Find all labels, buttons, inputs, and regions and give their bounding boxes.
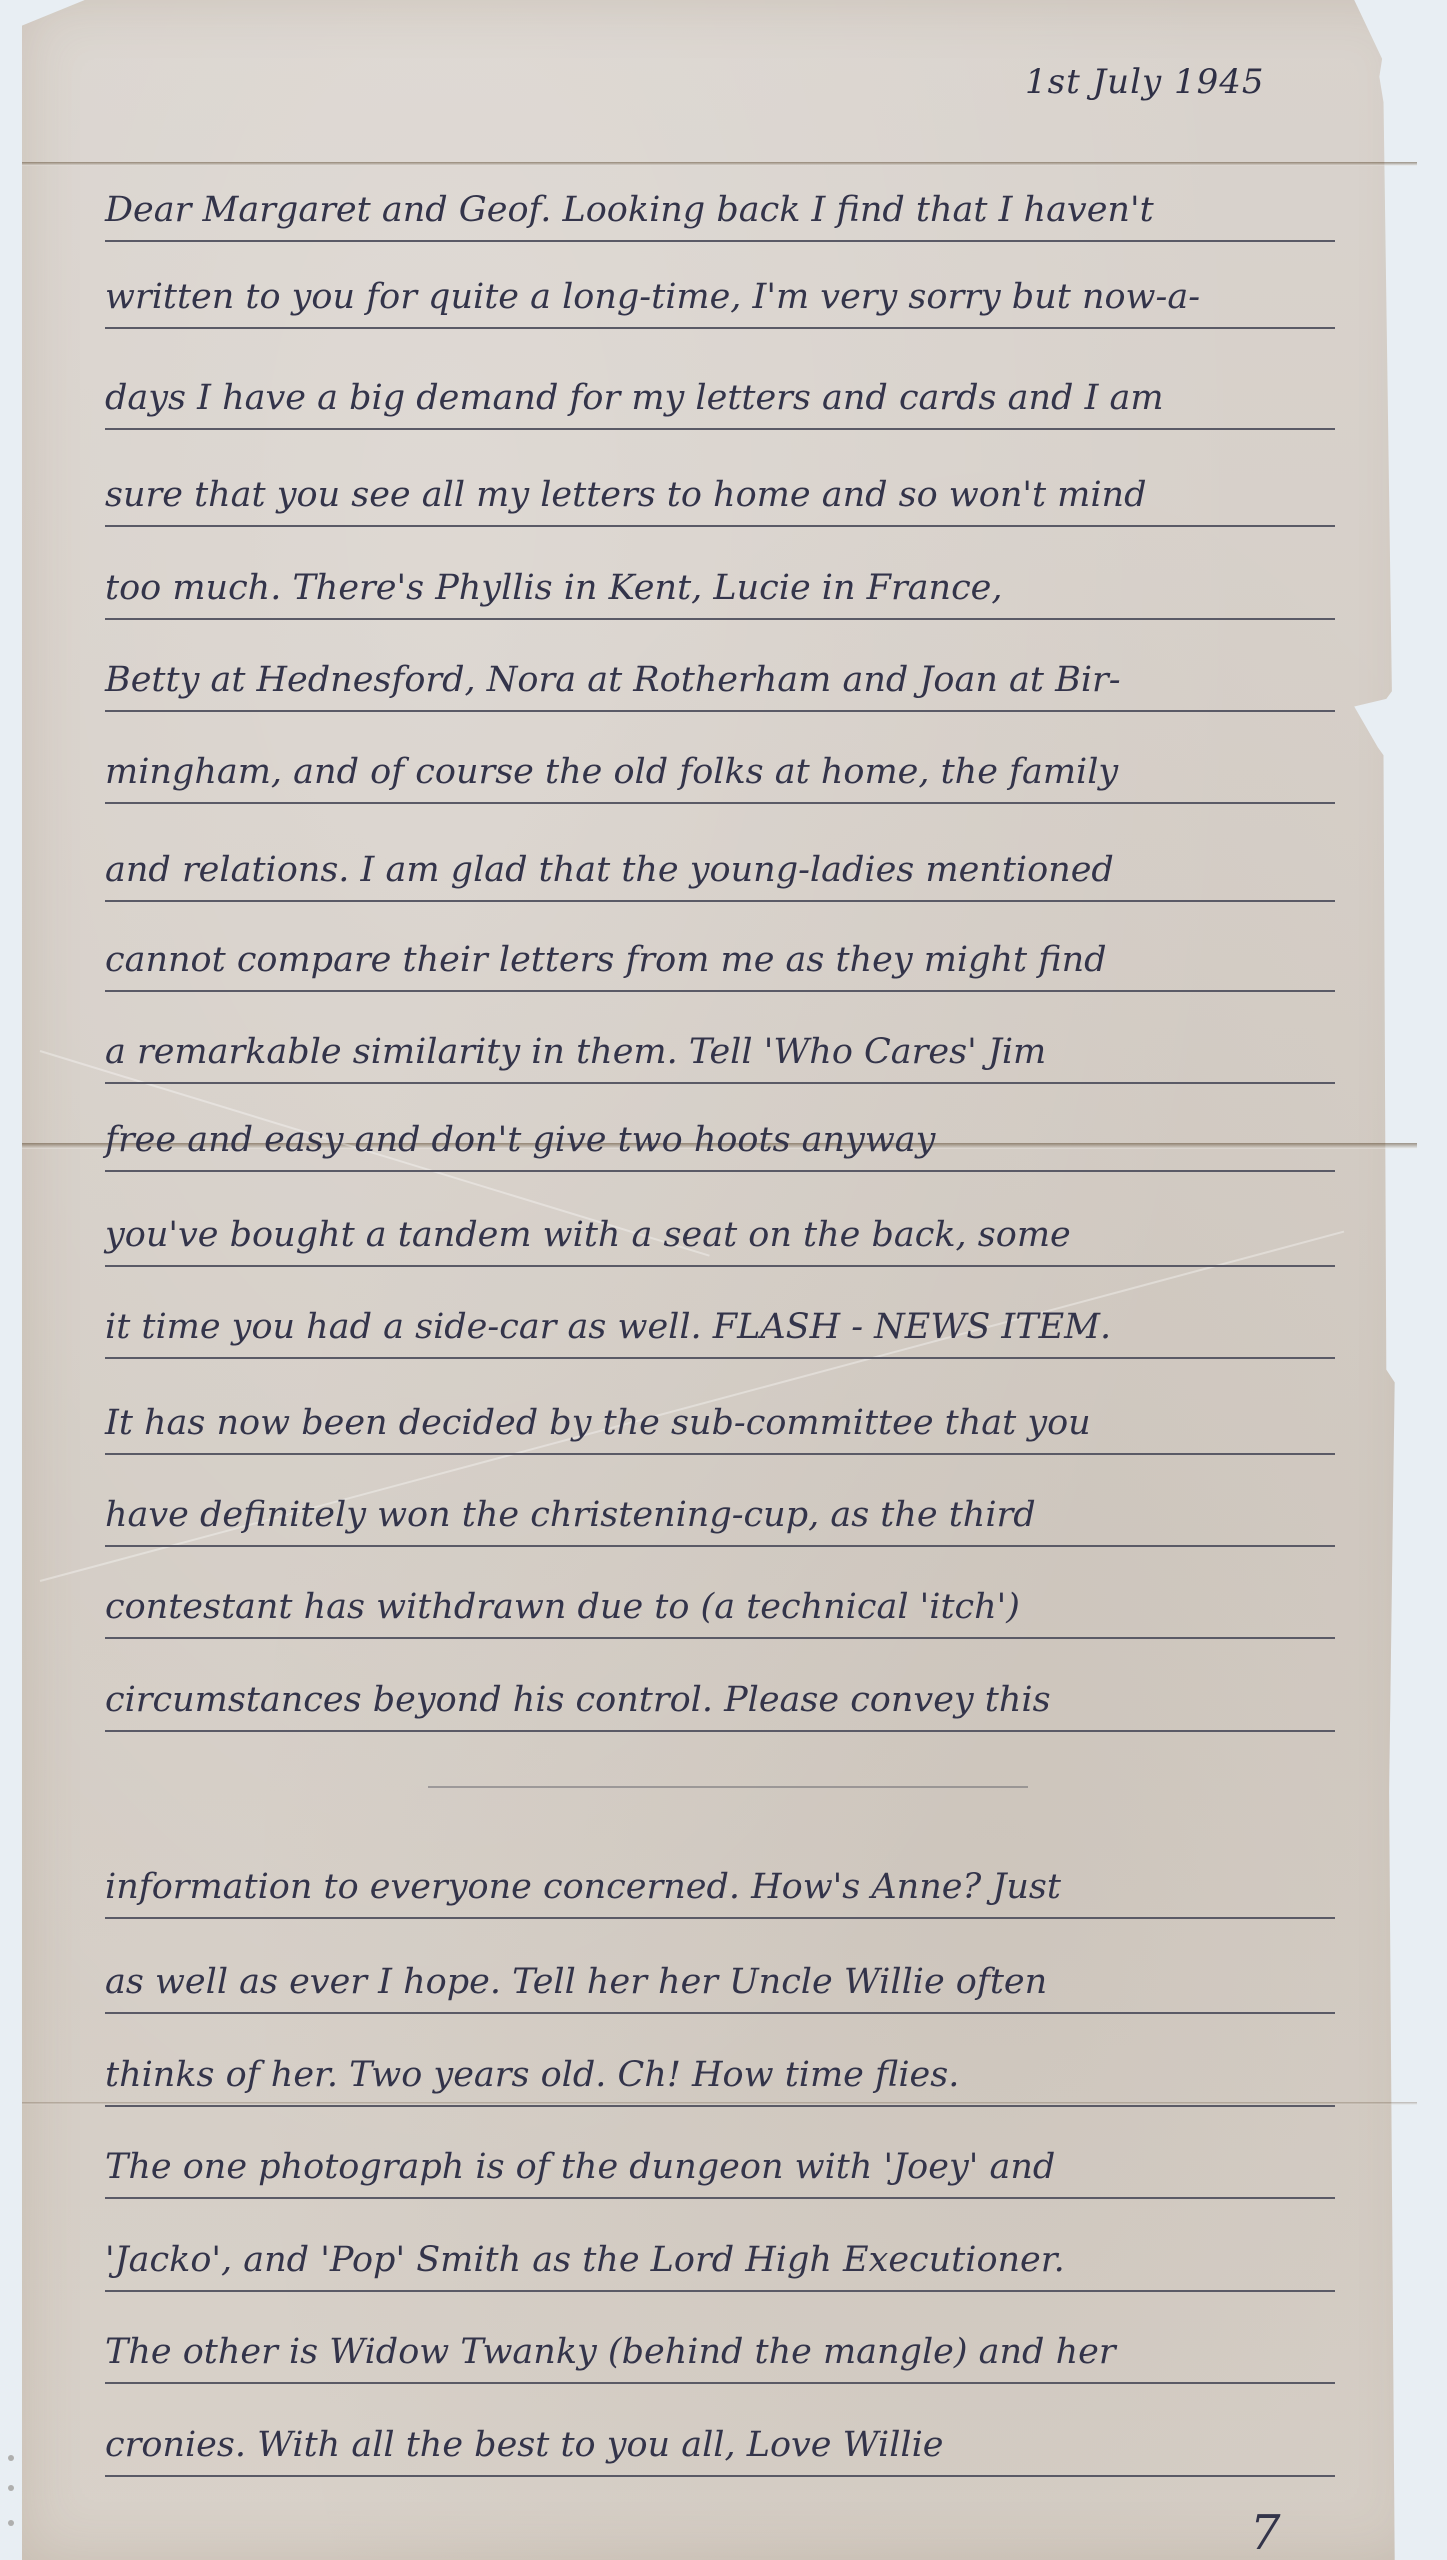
letter-line: Betty at Hednesford, Nora at Rotherham a… [105, 650, 1335, 712]
letter-line: as well as ever I hope. Tell her her Unc… [105, 1952, 1335, 2014]
closing-mark: 7 [1250, 2505, 1281, 2560]
letter-line: mingham, and of course the old folks at … [105, 742, 1335, 804]
letter-line: thinks of her. Two years old. Ch! How ti… [105, 2045, 1335, 2107]
letter-line: have definitely won the christening-cup,… [105, 1485, 1335, 1547]
punch-mark [8, 2485, 14, 2491]
letter-line: It has now been decided by the sub-commi… [105, 1393, 1335, 1455]
letter-line: free and easy and don't give two hoots a… [105, 1110, 1335, 1172]
letter-date: 1st July 1945 [1025, 62, 1265, 102]
letter-line: days I have a big demand for my letters … [105, 368, 1335, 430]
punch-mark [8, 2455, 14, 2461]
letter-line: you've bought a tandem with a seat on th… [105, 1205, 1335, 1267]
letter-line: a remarkable similarity in them. Tell 'W… [105, 1022, 1335, 1084]
letter-line: contestant has withdrawn due to (a techn… [105, 1577, 1335, 1639]
scanned-letter: 1st July 1945 Dear Margaret and Geof. Lo… [0, 0, 1447, 2560]
letter-line: 'Jacko', and 'Pop' Smith as the Lord Hig… [105, 2230, 1335, 2292]
letter-line: The other is Widow Twanky (behind the ma… [105, 2322, 1335, 2384]
letter-line: sure that you see all my letters to home… [105, 465, 1335, 527]
fold-line [22, 162, 1417, 166]
punch-mark [8, 2520, 14, 2526]
letter-line: cronies. With all the best to you all, L… [105, 2415, 1335, 2477]
letter-line: circumstances beyond his control. Please… [105, 1670, 1335, 1732]
letter-line: too much. There's Phyllis in Kent, Lucie… [105, 558, 1335, 620]
letter-line: The one photograph is of the dungeon wit… [105, 2137, 1335, 2199]
letter-line: it time you had a side-car as well. FLAS… [105, 1297, 1335, 1359]
letter-line: information to everyone concerned. How's… [105, 1857, 1335, 1919]
blank-ruled-line [428, 1786, 1028, 1788]
letter-line: cannot compare their letters from me as … [105, 930, 1335, 992]
letter-line: and relations. I am glad that the young-… [105, 840, 1335, 902]
letter-line: Dear Margaret and Geof. Looking back I f… [105, 180, 1335, 242]
letter-line: written to you for quite a long-time, I'… [105, 267, 1335, 329]
